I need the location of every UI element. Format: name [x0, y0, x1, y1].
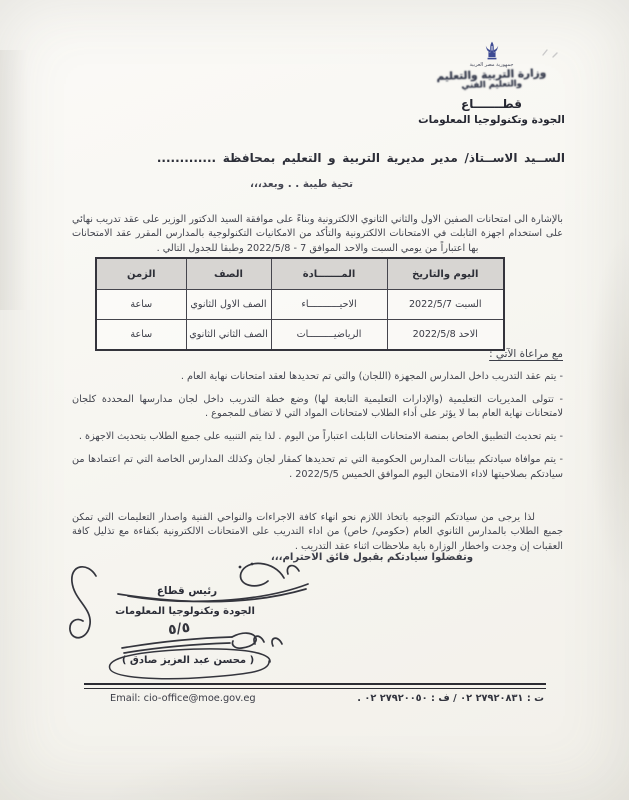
handwritten-date: ٥/٥ [167, 620, 191, 639]
signer-title-line2: الجودة وتكنولوجيا المعلومات [109, 606, 261, 617]
col-header-subject: المـــــــادة [271, 258, 387, 290]
footer: Email: cio-office@moe.gov.eg ت : ٢٧٩٢٠٨٣… [84, 693, 546, 704]
table-cell: ساعة [96, 290, 186, 320]
table-row: الاحد 2022/5/8 الرياضيـــــــــات الصف ا… [96, 320, 504, 351]
table-cell: ساعة [96, 320, 186, 351]
col-header-day-date: اليوم والتاريخ [387, 258, 504, 290]
salutation-line: وتفضلوا سيادتكم بقبول فائق الاحترام،،، [222, 552, 522, 563]
signer-name: ( محسن عبد العزيز صادق ) [104, 655, 272, 666]
scan-edge-artifact [110, 745, 530, 800]
note-item: - يتم موافاة سيادتكم ببيانات المدارس الح… [72, 453, 563, 482]
notes-list: - يتم عقد التدريب داخل المدارس المجهزة (… [72, 370, 563, 490]
table-cell: الاحد 2022/5/8 [387, 320, 504, 351]
table-cell: الصف الاول الثانوي [186, 290, 271, 320]
footer-phone-fax: ت : ٢٧٩٢٠٨٣١ ٠٢ / ف : ٢٧٩٢٠٠٥٠ ٠٢ . [357, 693, 544, 704]
scanned-letter-page: جمهورية مصر العربية وزارة التربية والتعل… [0, 0, 629, 800]
egypt-eagle-emblem-icon [484, 40, 500, 61]
signature-scribble [56, 554, 344, 650]
table-row: السبت 2022/5/7 الاحيـــــــــــاء الصف ا… [96, 290, 504, 320]
exam-schedule-table: اليوم والتاريخ المـــــــادة الصف الزمن … [95, 257, 505, 351]
footer-email: Email: cio-office@moe.gov.eg [110, 693, 256, 704]
signer-title-line1: رئيس قطاع [148, 585, 226, 597]
footer-divider [84, 683, 546, 689]
table-cell: الصف الثاني الثانوي [186, 320, 271, 351]
table-header-row: اليوم والتاريخ المـــــــادة الصف الزمن [96, 258, 504, 290]
col-header-grade: الصف [186, 258, 271, 290]
intro-paragraph: بالإشارة الى امتحانات الصفين الاول والثا… [72, 213, 563, 256]
note-item: - يتم عقد التدريب داخل المدارس المجهزة (… [72, 370, 563, 384]
greeting-line: تحية طيبة . . وبعد،،، [0, 178, 603, 190]
col-header-duration: الزمن [96, 258, 186, 290]
note-item: - يتم تحديث التطبيق الخاص بمنصة الامتحان… [72, 430, 563, 444]
table-cell: السبت 2022/5/7 [387, 290, 504, 320]
table-cell: الرياضيـــــــــات [271, 320, 387, 351]
note-item: - تتولى المديريات التعليمية (والإدارات ا… [72, 393, 563, 422]
sector-word: قطـــــــاع [394, 97, 589, 111]
recipient-line: الســيد الاســتاذ/ مدير مديرية التربية و… [84, 151, 565, 165]
scan-edge-artifact [587, 230, 629, 590]
closing-paragraph: لذا يرجى من سيادتكم التوجيه باتخاذ اللاز… [72, 511, 563, 554]
notes-title: مع مراعاة الآتي : [489, 348, 563, 360]
sector-name: الجودة وتكنولوجيا المعلومات [394, 114, 589, 126]
letterhead: جمهورية مصر العربية وزارة التربية والتعل… [394, 40, 589, 126]
ministry-calligraphy-logo: وزارة التربية والتعليم والتعليم الفني [394, 67, 590, 93]
table-cell: الاحيـــــــــــاء [271, 290, 387, 320]
